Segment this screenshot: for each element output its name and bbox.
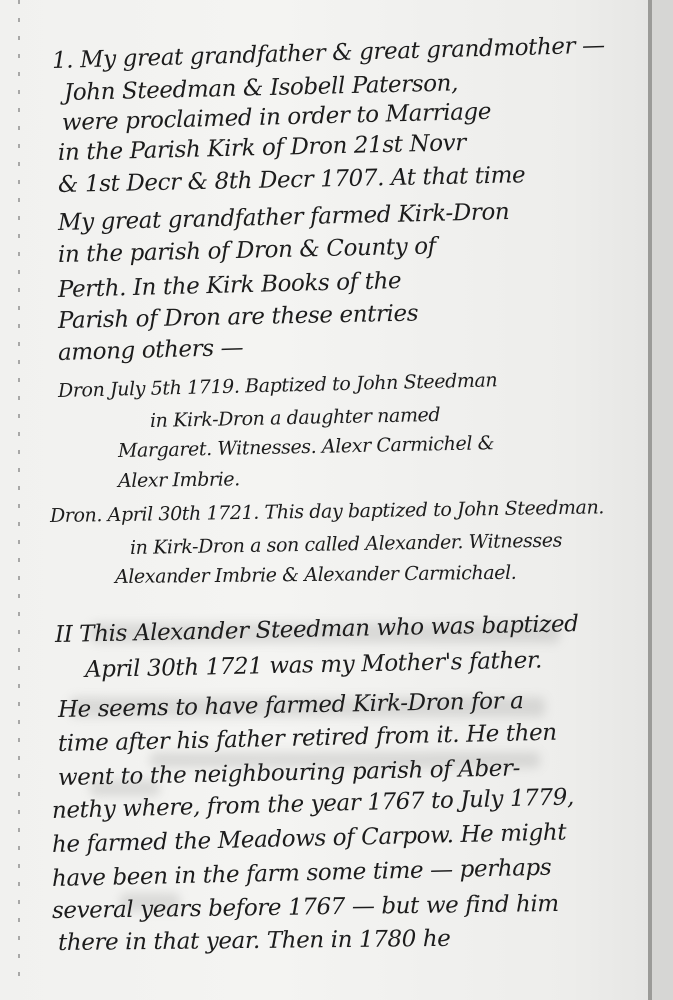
text-line: 1. My great grandfather & great grandmot… [52, 33, 605, 74]
text-line: & 1st Decr & 8th Decr 1707. At that time [58, 162, 526, 198]
text-line: among others — [58, 335, 244, 366]
text-line: He seems to have farmed Kirk-Dron for a [58, 688, 524, 723]
adjacent-page-strip [652, 0, 673, 1000]
left-margin-rule [18, 0, 20, 990]
text-line: April 30th 1721 was my Mother's father. [85, 647, 542, 683]
text-line: Alexr Imbrie. [118, 468, 240, 492]
text-line: in Kirk-Dron a daughter named [150, 404, 441, 432]
text-line: Margaret. Witnesses. Alexr Carmichel & [118, 432, 495, 462]
text-line: My great grandfather farmed Kirk-Dron [58, 199, 510, 236]
text-line: he farmed the Meadows of Carpow. He migh… [52, 819, 567, 858]
text-line: in the parish of Dron & County of [58, 233, 436, 268]
text-line: in Kirk-Dron a son called Alexander. Wit… [130, 529, 562, 559]
text-line: Alexander Imbrie & Alexander Carmichael. [115, 562, 517, 588]
text-line: Perth. In the Kirk Books of the [58, 268, 402, 303]
text-line: have been in the farm some time — perhap… [52, 855, 552, 892]
text-line: went to the neighbouring parish of Aber- [58, 755, 520, 791]
manuscript-page: 1. My great grandfather & great grandmot… [0, 0, 673, 1000]
text-line: Dron July 5th 1719. Baptized to John Ste… [58, 369, 498, 402]
text-line: in the Parish Kirk of Dron 21st Novr [58, 130, 466, 166]
page-edge-shadow [648, 0, 652, 1000]
text-line: there in that year. Then in 1780 he [58, 926, 451, 956]
text-line: Parish of Dron are these entries [58, 300, 419, 334]
text-line: Dron. April 30th 1721. This day baptized… [50, 496, 604, 527]
